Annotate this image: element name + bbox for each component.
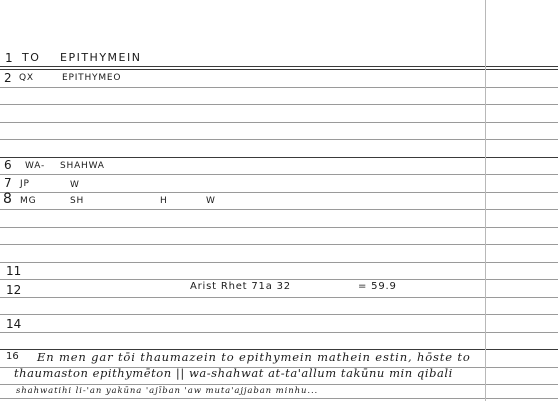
line-number: 16	[6, 350, 19, 364]
source-code: QX	[19, 71, 34, 85]
entry-extra: H	[160, 194, 168, 208]
reference-citation: Arist Rhet 71a 32	[190, 280, 291, 294]
entry-word: EPITHYMEIN	[60, 51, 141, 65]
ruled-line	[0, 174, 558, 175]
line-number: 1	[5, 51, 13, 65]
transcription-line: En men gar tōi thaumazein to epithymein …	[37, 350, 471, 364]
entry-word: W	[70, 178, 80, 192]
line-number: 8	[3, 192, 12, 206]
ruled-line	[0, 209, 558, 210]
margin-line	[485, 0, 486, 401]
ruled-line	[0, 244, 558, 245]
line-number: 14	[6, 317, 21, 331]
ruled-line	[0, 262, 558, 263]
source-code: WA-	[25, 159, 45, 173]
line-number: 12	[6, 283, 21, 297]
line-number: 6	[4, 158, 12, 172]
entry-word: SHAHWA	[60, 159, 105, 173]
ruled-line	[0, 157, 558, 158]
ruled-line	[0, 227, 558, 228]
source-code: JP	[20, 177, 30, 191]
entry-word: SH	[70, 194, 84, 208]
ruled-line	[0, 104, 558, 105]
ruled-line	[0, 332, 558, 333]
source-code: MG	[20, 194, 36, 208]
ruled-line	[0, 122, 558, 123]
ruled-line	[0, 87, 558, 88]
header-rule	[0, 66, 558, 67]
ruled-line	[0, 314, 558, 315]
entry-extra: W	[206, 194, 216, 208]
line-number: 11	[6, 264, 21, 278]
reference-value: = 59.9	[358, 280, 397, 294]
ruled-line	[0, 139, 558, 140]
header-rule-2	[0, 69, 558, 70]
line-number: 7	[4, 176, 12, 190]
entry-word: EPITHYMEO	[62, 71, 121, 85]
ruled-line	[0, 398, 558, 399]
ruled-line	[0, 192, 558, 193]
line-number: 2	[4, 71, 12, 85]
note-sheet: 1 TO EPITHYMEIN 2 QX EPITHYMEO 6 WA- SHA…	[0, 0, 560, 401]
ruled-line	[0, 297, 558, 298]
transcription-line: thaumaston epithymēton || wa-shahwat at-…	[14, 366, 453, 380]
source-code: TO	[22, 51, 40, 65]
transcription-line: shahwatihi li-'an yakūna 'ajīban 'aw mut…	[16, 384, 318, 398]
